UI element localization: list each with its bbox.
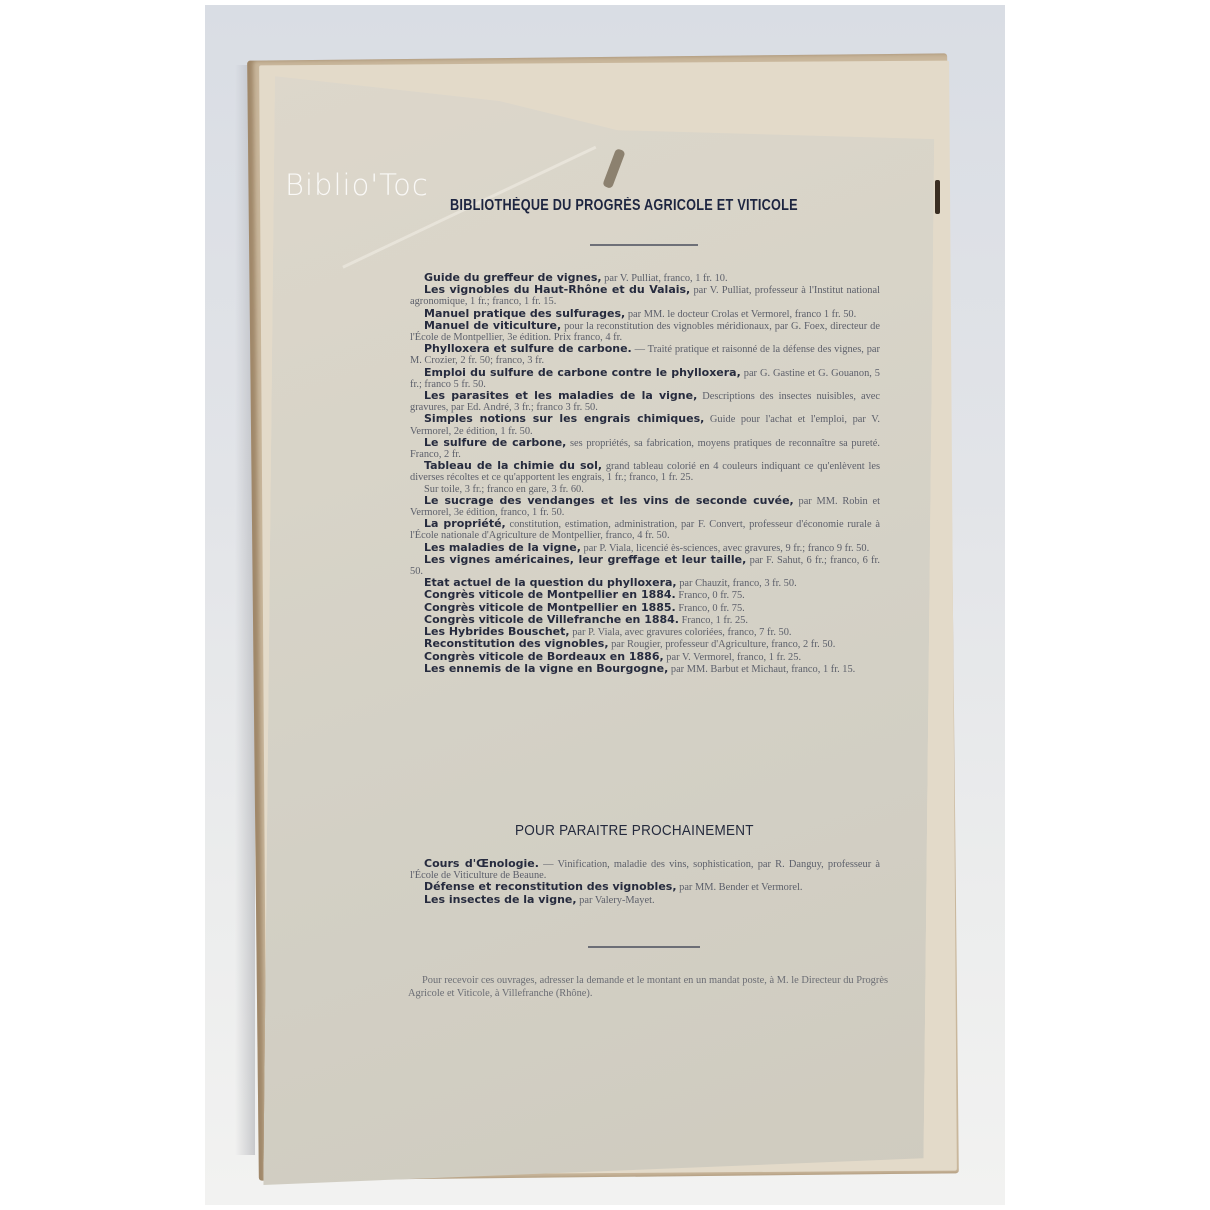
entry-description: Franco, 1 fr. 25. (682, 615, 748, 626)
entry-description: par Valery-Mayet. (579, 895, 654, 906)
entry-title: Reconstitution des vignobles, (410, 637, 609, 650)
entry-title: Simples notions sur les engrais chimique… (410, 412, 704, 425)
entry-title: Les vignobles du Haut-Rhône et du Valais… (410, 283, 690, 296)
catalog-entry: Le sulfure de carbone, ses propriétés, s… (410, 437, 880, 460)
entry-title: La propriété, (410, 517, 506, 530)
catalog-entry: Emploi du sulfure de carbone contre le p… (410, 367, 880, 390)
paper-nick (935, 180, 940, 214)
entry-description: Franco, 0 fr. 75. (678, 603, 744, 614)
entry-title: Etat actuel de la question du phylloxera… (410, 576, 677, 589)
entry-title: Défense et reconstitution des vignobles, (410, 880, 677, 893)
ordering-note-text: Pour recevoir ces ouvrages, adresser la … (408, 975, 888, 999)
entry-title: Les insectes de la vigne, (410, 893, 577, 906)
entry-title: Le sulfure de carbone, (410, 436, 566, 449)
entry-title: Manuel pratique des sulfurages, (410, 307, 625, 320)
entry-description: par MM. Barbut et Michaut, franco, 1 fr.… (671, 664, 855, 675)
entry-description: par Rougier, professeur d'Agriculture, f… (611, 639, 835, 650)
entry-title: Congrès viticole de Villefranche en 1884… (410, 613, 679, 626)
entry-title: Emploi du sulfure de carbone contre le p… (410, 366, 741, 379)
upcoming-heading: POUR PARAITRE PROCHAINEMENT (515, 822, 754, 839)
entry-title: Guide du greffeur de vignes, (410, 271, 602, 284)
catalog-entry: Les parasites et les maladies de la vign… (410, 390, 880, 413)
entry-title: Congrès viticole de Bordeaux en 1886, (410, 650, 664, 663)
catalog-list: Guide du greffeur de vignes, par V. Pull… (410, 272, 880, 675)
catalog-entry: Les vignobles du Haut-Rhône et du Valais… (410, 284, 880, 307)
entry-title: Le sucrage des vendanges et les vins de … (410, 494, 794, 507)
entry-description: par MM. Bender et Vermorel. (679, 882, 802, 893)
catalog-entry: La propriété, constitution, estimation, … (410, 518, 880, 541)
paper-tear (602, 148, 625, 189)
entry-title: Congrès viticole de Montpellier en 1885. (410, 601, 676, 614)
entry-title: Les parasites et les maladies de la vign… (410, 389, 697, 402)
catalog-entry: Simples notions sur les engrais chimique… (410, 413, 880, 436)
catalog-entry: Manuel de viticulture, pour la reconstit… (410, 320, 880, 343)
ordering-note: Pour recevoir ces ouvrages, adresser la … (408, 974, 888, 1000)
catalog-entry: Défense et reconstitution des vignobles,… (410, 881, 880, 893)
entry-title: Les ennemis de la vigne en Bourgogne, (410, 662, 668, 675)
catalog-entry: Les ennemis de la vigne en Bourgogne, pa… (410, 663, 880, 675)
catalog-entry: Congrès viticole de Bordeaux en 1886, pa… (410, 651, 880, 663)
watermark-logo: Biblio'Toc (285, 168, 429, 202)
entry-title: Les maladies de la vigne, (410, 541, 581, 554)
catalog-entry: Les vignes américaines, leur greffage et… (410, 554, 880, 577)
entry-description: par Chauzit, franco, 3 fr. 50. (679, 578, 796, 589)
entry-title: Tableau de la chimie du sol, (410, 459, 602, 472)
entry-title: Les vignes américaines, leur greffage et… (410, 553, 746, 566)
entry-title: Les Hybrides Bouschet, (410, 625, 570, 638)
entry-description: par MM. le docteur Crolas et Vermorel, f… (628, 309, 856, 320)
document-title: BIBLIOTHÈQUE DU PROGRÈS AGRICOLE ET VITI… (450, 197, 778, 215)
entry-title: Cours d'Œnologie. (410, 857, 539, 870)
catalog-entry: Reconstitution des vignobles, par Rougie… (410, 638, 880, 650)
catalog-entry: Manuel pratique des sulfurages, par MM. … (410, 308, 880, 320)
catalog-entry: Cours d'Œnologie. — Vinification, maladi… (410, 858, 880, 881)
entry-title: Congrès viticole de Montpellier en 1884. (410, 588, 676, 601)
entry-description: par V. Vermorel, franco, 1 fr. 25. (666, 652, 801, 663)
entry-title: Phylloxera et sulfure de carbone. (410, 342, 632, 355)
entry-title: Manuel de viticulture, (410, 319, 561, 332)
title-divider (590, 244, 698, 246)
catalog-entry: Phylloxera et sulfure de carbone. — Trai… (410, 343, 880, 366)
catalog-entry: Les insectes de la vigne, par Valery-May… (410, 894, 880, 906)
catalog-entry: Tableau de la chimie du sol, grand table… (410, 460, 880, 483)
upcoming-list: Cours d'Œnologie. — Vinification, maladi… (410, 858, 880, 906)
catalog-entry: Congrès viticole de Montpellier en 1884.… (410, 589, 880, 601)
footer-divider (588, 946, 700, 948)
catalog-entry: Le sucrage des vendanges et les vins de … (410, 495, 880, 518)
entry-description: Franco, 0 fr. 75. (678, 590, 744, 601)
